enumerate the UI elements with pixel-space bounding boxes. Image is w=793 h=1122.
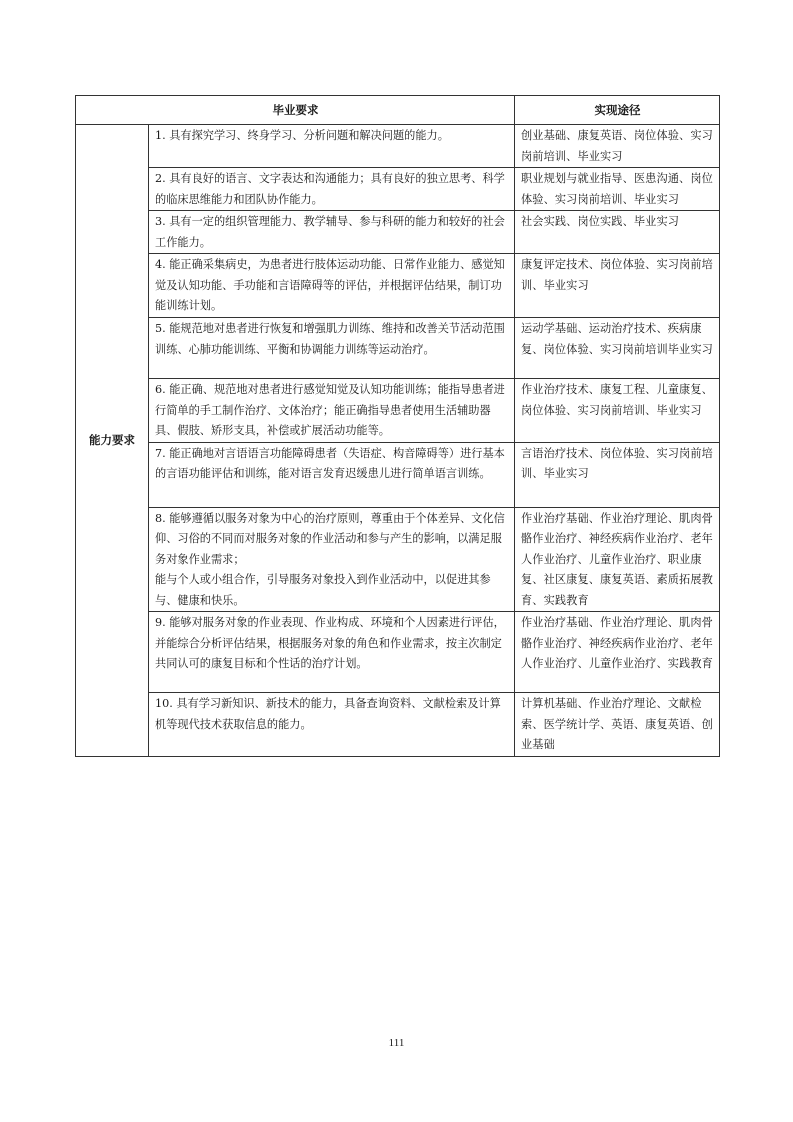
requirement-cell: 3. 具有一定的组织管理能力、教学辅导、参与科研的能力和较好的社会工作能力。 [149, 211, 515, 254]
implementation-path-cell: 言语治疗技术、岗位体验、实习岗前培训、毕业实习 [515, 442, 720, 507]
table-header-row: 毕业要求 实现途径 [76, 96, 720, 125]
table-row: 9. 能够对服务对象的作业表现、作业构成、环境和个人因素进行评估，并能综合分析评… [76, 612, 720, 693]
implementation-path-cell: 运动学基础、运动治疗技术、疾病康复、岗位体验、实习岗前培训毕业实习 [515, 318, 720, 379]
implementation-path-cell: 作业治疗基础、作业治疗理论、肌肉骨骼作业治疗、神经疾病作业治疗、老年人作业治疗、… [515, 612, 720, 693]
requirement-cell: 9. 能够对服务对象的作业表现、作业构成、环境和个人因素进行评估，并能综合分析评… [149, 612, 515, 693]
implementation-path-cell: 职业规划与就业指导、医患沟通、岗位体验、实习岗前培训、毕业实习 [515, 168, 720, 211]
table-row: 8. 能够遵循以服务对象为中心的治疗原则，尊重由于个体差异、文化信仰、习俗的不同… [76, 507, 720, 612]
implementation-path-cell: 创业基础、康复英语、岗位体验、实习岗前培训、毕业实习 [515, 125, 720, 168]
table-row: 10. 具有学习新知识、新技术的能力，具备查询资料、文献检索及计算机等现代技术获… [76, 693, 720, 757]
table-row: 2. 具有良好的语言、文字表达和沟通能力；具有良好的独立思考、科学的临床思维能力… [76, 168, 720, 211]
header-graduation-requirement: 毕业要求 [76, 96, 515, 125]
requirement-cell: 8. 能够遵循以服务对象为中心的治疗原则，尊重由于个体差异、文化信仰、习俗的不同… [149, 507, 515, 612]
table-row: 7. 能正确地对言语语言功能障碍患者（失语症、构音障碍等）进行基本的言语功能评估… [76, 442, 720, 507]
table-row: 能力要求1. 具有探究学习、终身学习、分析问题和解决问题的能力。创业基础、康复英… [76, 125, 720, 168]
table-row: 4. 能正确采集病史，为患者进行肢体运动功能、日常作业能力、感觉知觉及认知功能、… [76, 254, 720, 318]
requirement-cell: 5. 能规范地对患者进行恢复和增强肌力训练、维持和改善关节活动范围训练、心肺功能… [149, 318, 515, 379]
table-row: 6. 能正确、规范地对患者进行感觉知觉及认知功能训练；能指导患者进行简单的手工制… [76, 379, 720, 443]
graduation-requirements-table: 毕业要求 实现途径 能力要求1. 具有探究学习、终身学习、分析问题和解决问题的能… [75, 95, 720, 757]
requirement-cell: 10. 具有学习新知识、新技术的能力，具备查询资料、文献检索及计算机等现代技术获… [149, 693, 515, 757]
category-ability-requirements: 能力要求 [76, 125, 149, 757]
requirement-cell: 4. 能正确采集病史，为患者进行肢体运动功能、日常作业能力、感觉知觉及认知功能、… [149, 254, 515, 318]
implementation-path-cell: 康复评定技术、岗位体验、实习岗前培训、毕业实习 [515, 254, 720, 318]
implementation-path-cell: 社会实践、岗位实践、毕业实习 [515, 211, 720, 254]
requirement-cell: 2. 具有良好的语言、文字表达和沟通能力；具有良好的独立思考、科学的临床思维能力… [149, 168, 515, 211]
implementation-path-cell: 计算机基础、作业治疗理论、文献检索、医学统计学、英语、康复英语、创业基础 [515, 693, 720, 757]
table-row: 5. 能规范地对患者进行恢复和增强肌力训练、维持和改善关节活动范围训练、心肺功能… [76, 318, 720, 379]
implementation-path-cell: 作业治疗技术、康复工程、儿童康复、岗位体验、实习岗前培训、毕业实习 [515, 379, 720, 443]
page-number: 111 [0, 1037, 793, 1049]
implementation-path-cell: 作业治疗基础、作业治疗理论、肌肉骨骼作业治疗、神经疾病作业治疗、老年人作业治疗、… [515, 507, 720, 612]
table-row: 3. 具有一定的组织管理能力、教学辅导、参与科研的能力和较好的社会工作能力。社会… [76, 211, 720, 254]
requirement-cell: 7. 能正确地对言语语言功能障碍患者（失语症、构音障碍等）进行基本的言语功能评估… [149, 442, 515, 507]
header-implementation-path: 实现途径 [515, 96, 720, 125]
requirement-cell: 1. 具有探究学习、终身学习、分析问题和解决问题的能力。 [149, 125, 515, 168]
requirement-cell: 6. 能正确、规范地对患者进行感觉知觉及认知功能训练；能指导患者进行简单的手工制… [149, 379, 515, 443]
